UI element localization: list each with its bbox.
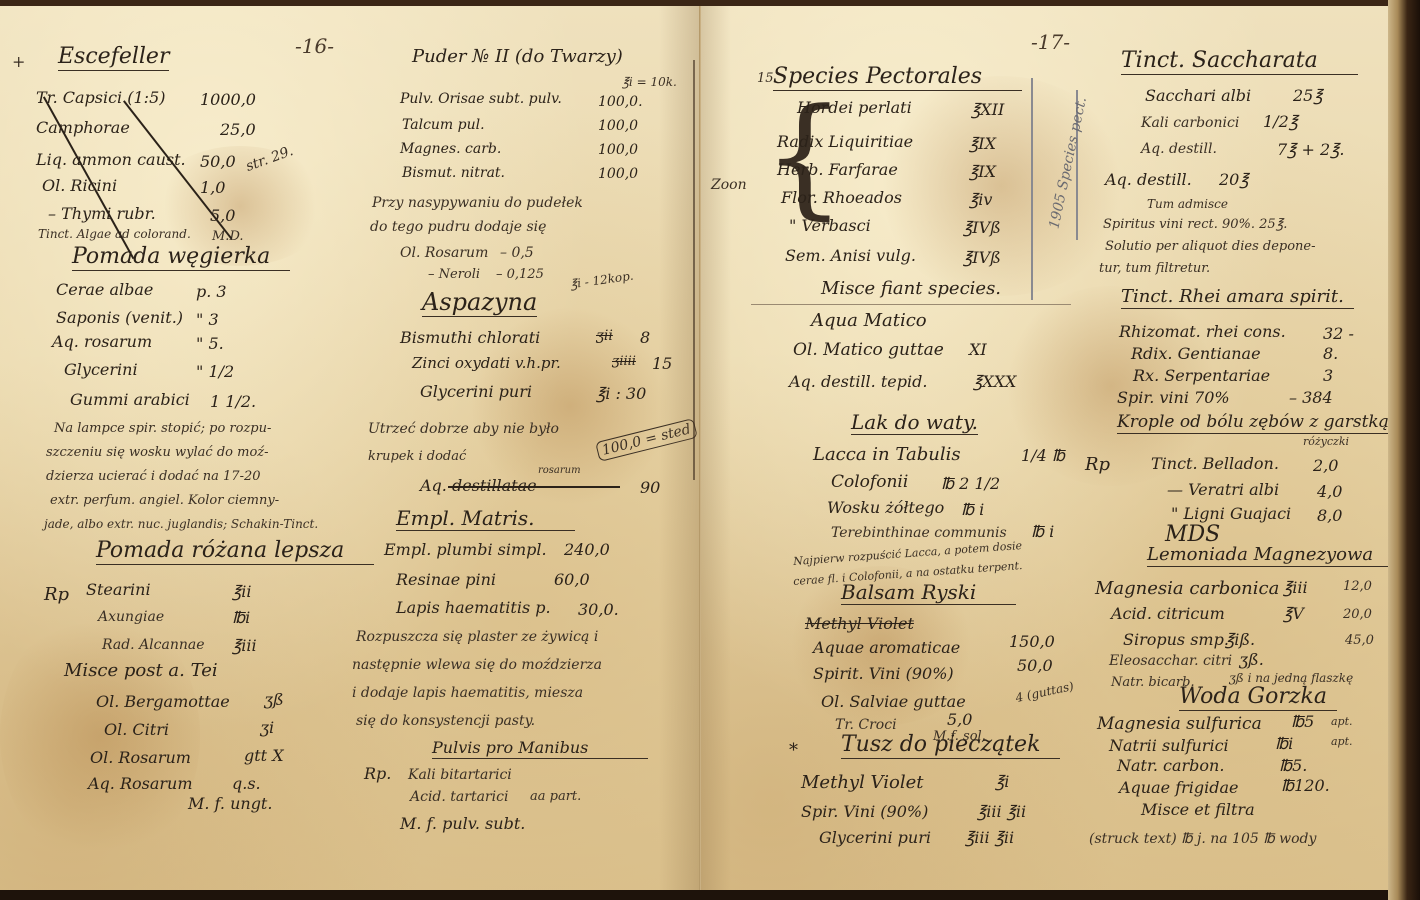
instruction-line: Tum admisce: [1147, 198, 1228, 210]
amount: 15: [652, 354, 672, 373]
side-note: str. 29.: [244, 144, 295, 174]
ingredient: Spir. vini 70%: [1117, 390, 1230, 406]
amount: 90: [640, 478, 660, 497]
page-number: -16-: [295, 36, 334, 56]
ingredient: Aq. destill.: [1105, 172, 1192, 188]
instruction-line: extr. perfum. angiel. Kolor ciemny-: [50, 494, 279, 507]
ingredient: Aq. Rosarum: [88, 776, 193, 792]
instruction-line: jade, albo extr. nuc. juglandis; Schakin…: [44, 518, 318, 530]
ingredient: Wosku żółtego: [827, 500, 944, 516]
amount: ℔5: [1291, 712, 1314, 731]
closing-instruction: Misce et filtra: [1141, 802, 1255, 818]
ingredient: Aq. destill.: [1141, 142, 1217, 156]
ingredient: Kali bitartarici: [408, 768, 512, 782]
amount: 50,0: [200, 152, 236, 171]
ingredient: Saponis (venit.): [56, 310, 183, 326]
ingredient: Liq. ammon caust.: [36, 152, 186, 168]
ingredient: Spir. Vini (90%): [801, 804, 928, 820]
strike-line: [448, 486, 620, 488]
star-marker: *: [789, 742, 798, 760]
signature: M. f. ungt.: [188, 796, 272, 812]
ingredient: Zinci oxydati v.h.pr.: [412, 356, 561, 371]
instruction-line: Przy nasypywaniu do pudełek: [372, 196, 583, 210]
right-page: -17- 15 Species Pectorales { Zoon Hordei…: [700, 6, 1388, 890]
footer-note: (struck text) ℔ j. na 105 ℔ wody: [1089, 832, 1316, 846]
ingredient: Talcum pul.: [402, 118, 485, 132]
recipe-title-empl-matris: Empl. Matris.: [396, 508, 575, 531]
amount: " 5.: [196, 334, 224, 353]
instruction-line: Solutio per aliquot dies depone-: [1105, 240, 1316, 253]
instruction-line: Utrzeć dobrze aby nie było: [368, 422, 559, 436]
signature: MDS: [1165, 524, 1220, 546]
instruction-line: Na lampce spir. stopić; po rozpu-: [54, 422, 271, 435]
amount: p. 3: [196, 282, 227, 301]
amount: ℥iii: [232, 636, 257, 655]
instruction-line: krupek i dodać: [368, 450, 466, 463]
ingredient: Magnes. carb.: [400, 142, 501, 156]
amount: ℥XII: [971, 100, 1004, 119]
amount: – 384: [1289, 388, 1333, 407]
divider-line: [751, 304, 1071, 305]
ingredient: Ol. Bergamottae: [96, 694, 230, 710]
amount: 240,0: [564, 540, 610, 559]
rp-prefix: Rp: [1085, 456, 1110, 474]
amount: – 0,5: [500, 246, 534, 260]
instruction-line: do tego pudru dodaje się: [370, 220, 546, 234]
amount: 25,0: [220, 120, 256, 139]
page-edges: [1388, 0, 1420, 900]
recipe-title-pulvis-pro-manibus: Pulvis pro Manibus: [432, 740, 648, 759]
amount: 4,0: [1317, 482, 1342, 501]
amount: 2,0: [1313, 456, 1338, 475]
ingredient: Ol. Salviae guttae: [821, 694, 966, 710]
instruction-line: Spiritus vini rect. 90%. 25℥.: [1103, 218, 1287, 231]
amount: ℔ i: [961, 500, 984, 519]
amount: ℔ i: [1031, 522, 1054, 541]
left-page: -16- + Escefeller Tr. Capsici (1:5) 1000…: [0, 6, 700, 890]
amount: ℥iv: [969, 190, 992, 209]
ingredient: Rx. Serpentariae: [1133, 368, 1270, 384]
ingredient: " Ligni Guajaci: [1171, 506, 1291, 522]
note: apt.: [1331, 716, 1353, 727]
title-note: różyczki: [1303, 436, 1349, 447]
amount: aa part.: [530, 790, 581, 803]
instruction-line: szczeniu się wosku wylać do moź-: [46, 446, 269, 459]
ingredient: Spirit. Vini (90%): [813, 666, 954, 682]
amount: gtt X: [244, 746, 284, 765]
amount: ℔5.: [1279, 756, 1307, 775]
ingredient: Flor. Rhoeados: [781, 190, 902, 206]
recipe-title-tinct-rhei: Tinct. Rhei amara spirit.: [1121, 288, 1354, 309]
ingredient: Siropus smp.: [1123, 632, 1229, 648]
amount: 50,0: [1017, 656, 1053, 675]
ingredient: Glycerini: [64, 362, 138, 378]
ingredient: Aq. rosarum: [52, 334, 152, 350]
amount: 150,0: [1009, 632, 1055, 651]
ingredient: Herb. Farfarae: [777, 162, 898, 178]
ingredient: Ol. Ricini: [42, 178, 117, 194]
amount: 60,0: [554, 570, 590, 589]
ingredient: Aq. destill. tepid.: [789, 374, 927, 390]
ingredient: Axungiae: [98, 610, 164, 624]
ingredient: Hordei perlati: [797, 100, 912, 116]
ingredient: Sem. Anisi vulg.: [785, 248, 916, 264]
recipe-title-tusz-do-pieczatek: Tusz do pieczątek: [841, 734, 1060, 759]
amount: 1 1/2.: [210, 392, 256, 411]
ingredient: Ol. Citri: [104, 722, 169, 738]
amount: XI: [969, 340, 987, 359]
ingredient: Eleosacchar. citri: [1109, 654, 1232, 668]
signature: M. f. pulv. subt.: [400, 816, 525, 832]
amount: 1/2℥: [1263, 112, 1298, 131]
amount: ℥i: [995, 772, 1009, 791]
amount: ℥i : 30: [596, 384, 646, 403]
amount: 100,0: [598, 142, 638, 158]
ingredient: Ol. Matico guttae: [793, 342, 944, 359]
amount: ℥IVß: [963, 218, 1001, 237]
correction: rosarum: [538, 466, 581, 476]
recipe-title-krople: Krople od bólu zębów z garstką: [1117, 414, 1388, 434]
ingredient: Tinct. Belladon.: [1151, 456, 1279, 472]
amount: 30,0.: [578, 600, 619, 619]
recipe-title-pomada-wegierka: Pomada węgierka: [72, 246, 290, 271]
struck-amount: ʒii: [596, 328, 613, 344]
pencil-note: 1905 Species pect.: [1047, 96, 1089, 230]
recipe-title-pomada-rozana: Pomada różana lepsza: [96, 540, 374, 565]
amount: 3: [1323, 366, 1333, 385]
amount: ℥iii ℥ii: [977, 802, 1026, 821]
ingredient: Magnesia sulfurica: [1097, 716, 1262, 733]
recipe-title-lemoniada: Lemoniada Magnezyowa: [1147, 546, 1388, 567]
amount: 1,0: [200, 178, 225, 197]
recipe-title-escefeller: Escefeller: [58, 46, 169, 71]
closing-instruction: Misce fiant species.: [821, 280, 1001, 298]
amount: 100,0: [598, 166, 638, 182]
amount: ℔i: [1275, 734, 1293, 753]
instruction-line: tur, tum filtretur.: [1099, 262, 1210, 275]
amount: 32 -: [1323, 324, 1354, 343]
ingredient: Glycerini puri: [819, 830, 931, 846]
ingredient: Cerae albae: [56, 282, 153, 298]
ingredient: Magnesia carbonica: [1095, 580, 1279, 598]
ingredient: Natrii sulfurici: [1109, 738, 1229, 754]
amount: ℥iii: [1283, 578, 1308, 597]
recipe-title-aqua-matico: Aqua Matico: [811, 312, 927, 330]
rp-prefix: Rp.: [364, 766, 391, 782]
ingredient: Kali carbonici: [1141, 116, 1239, 130]
amount: ℥IX: [969, 134, 996, 153]
ingredient: Tr. Croci: [835, 718, 897, 732]
ingredient: Ol. Rosarum: [400, 246, 488, 260]
recipe-title-woda-gorzka: Woda Gorzka: [1179, 686, 1337, 711]
amount: ℔i: [232, 608, 250, 627]
ingredient: " Verbasci: [789, 218, 871, 234]
amount: ℔120.: [1281, 776, 1330, 795]
ingredient: – Thymi rubr.: [48, 206, 156, 222]
amount: 8,0: [1317, 506, 1342, 525]
binding-gutter: [693, 60, 695, 480]
boxed-note: 100,0 = sted: [595, 418, 698, 462]
ingredient: Ol. Rosarum: [90, 750, 191, 766]
grams: 45,0: [1345, 634, 1374, 647]
ingredient: Camphorae: [36, 120, 130, 136]
instruction-line: Rozpuszcza się plaster ze żywicą i: [356, 630, 598, 644]
amount: ℥V: [1283, 604, 1304, 623]
recipe-title-puder: Puder № II (do Twarzy): [412, 48, 623, 66]
plus-marker: +: [12, 54, 25, 70]
amount: 5,0: [947, 710, 972, 729]
ingredient: Bismut. nitrat.: [402, 166, 505, 180]
pencil-line: [1031, 78, 1033, 300]
price-note: ℥i - 12kop.: [569, 270, 634, 291]
amount: q.s.: [232, 774, 261, 793]
amount: ℥IX: [969, 162, 996, 181]
recipe-title-balsam-ryski: Balsam Ryski: [841, 582, 1016, 605]
amount: 1/4 ℔: [1021, 446, 1065, 465]
ingredient: Bismuthi chlorati: [400, 330, 540, 346]
amount: ℔ 2 1/2: [941, 474, 1000, 493]
amount: – 0,125: [496, 268, 544, 281]
ingredient-note: Tinct. Algae ad colorand.: [38, 228, 191, 240]
ingredient: Rdix. Gentianae: [1131, 346, 1261, 362]
recipe-title-lak-do-waty: Lak do waty.: [851, 412, 978, 435]
amount: 8.: [1323, 344, 1338, 363]
amount: ℥ii: [232, 582, 251, 601]
amount: ʒß i na jedną flaszkę: [1229, 672, 1353, 684]
price-note: ℥i = 10k.: [622, 76, 677, 88]
ingredient: Natr. carbon.: [1117, 758, 1224, 774]
ingredient: Pulv. Orisae subt. pulv.: [400, 92, 562, 106]
bracket-label: Zoon: [711, 178, 747, 192]
amount: ʒi: [260, 718, 274, 737]
grams: 12,0: [1343, 580, 1372, 593]
amount: 7℥ + 2℥.: [1277, 140, 1345, 159]
instruction-line: dzierza ucierać i dodać na 17-20: [46, 470, 261, 483]
amount: 8: [640, 328, 650, 347]
amount: ℥iß.: [1225, 630, 1255, 649]
amount: " 3: [196, 310, 219, 329]
struck-amount: ʒiiii: [612, 354, 636, 369]
ingredient: Acid. citricum: [1111, 606, 1225, 622]
rp-prefix: Rp: [44, 586, 69, 604]
page-number: -17-: [1031, 32, 1070, 52]
ingredient: Lapis haematitis p.: [396, 600, 551, 616]
ingredient: Aquae aromaticae: [813, 640, 960, 656]
instruction-line: się do konsystencji pasty.: [356, 714, 535, 728]
ingredient: Gummi arabici: [70, 392, 190, 408]
amount: " 1/2: [196, 362, 234, 381]
amount: ʒß: [264, 690, 284, 709]
recipe-title-aspazyna: Aspazyna: [422, 290, 537, 317]
ingredient: Lacca in Tabulis: [813, 446, 961, 464]
ingredient: Terebinthinae communis: [831, 526, 1007, 540]
ingredient: Sacchari albi: [1145, 88, 1251, 104]
struck-ingredient: Methyl Violet: [805, 616, 914, 632]
amount: ℥IVß: [963, 248, 1001, 267]
amount: ℥XXX: [973, 372, 1016, 391]
instruction-line: i dodaje lapis haematitis, miesza: [352, 686, 583, 700]
ingredient: Resinae pini: [396, 572, 496, 588]
ingredient: Empl. plumbi simpl.: [384, 542, 547, 558]
ingredient: – Neroli: [428, 268, 480, 281]
ingredient: Rad. Alcannae: [102, 638, 205, 652]
recipe-title-tinct-saccharata: Tinct. Saccharata: [1121, 50, 1358, 75]
amount: 100,0.: [598, 94, 643, 110]
ingredient: Misce post a. Tei: [64, 662, 218, 680]
ingredient: Glycerini puri: [420, 384, 532, 400]
ingredient: Tr. Capsici (1:5): [36, 90, 165, 106]
note: apt.: [1331, 736, 1353, 747]
ingredient: Methyl Violet: [801, 774, 923, 792]
ingredient: Acid. tartarici: [410, 790, 508, 804]
amount: 100,0: [598, 118, 638, 134]
instruction-line: następnie wlewa się do moździerza: [352, 658, 602, 672]
amount: 20℥: [1219, 170, 1249, 189]
amount: 4 (guttas): [1014, 680, 1074, 704]
amount: 1000,0: [200, 90, 256, 109]
ingredient: Colofonii: [831, 474, 908, 491]
ingredient: — Veratri albi: [1167, 482, 1279, 498]
ingredient: Radix Liquiritiae: [777, 134, 913, 150]
amount: ℥iii ℥ii: [965, 828, 1014, 847]
ingredient: Aquae frigidae: [1119, 780, 1239, 796]
amount: ʒß.: [1239, 650, 1264, 669]
amount: 25℥: [1293, 86, 1323, 105]
ingredient: Rhizomat. rhei cons.: [1119, 324, 1286, 340]
grams: 20,0: [1343, 608, 1372, 621]
ingredient: Stearini: [86, 582, 151, 598]
